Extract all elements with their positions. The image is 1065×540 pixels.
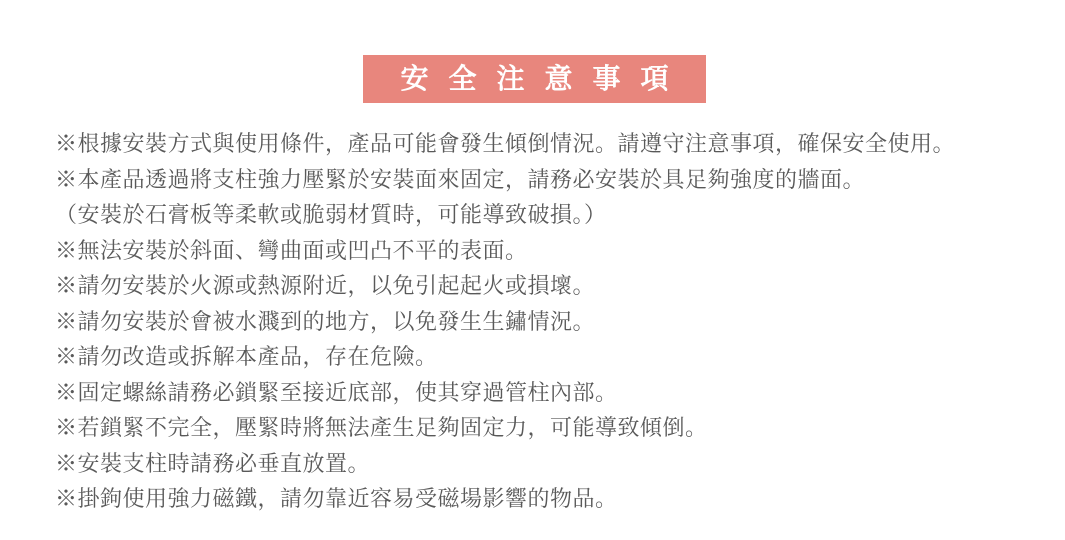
safety-note: ※固定螺絲請務必鎖緊至接近底部，使其穿過管柱內部。 — [55, 375, 1045, 411]
safety-notice-page: 安全注意事項 ※根據安裝方式與使用條件，產品可能會發生傾倒情況。請遵守注意事項，… — [0, 0, 1065, 540]
safety-note: ※請勿安裝於會被水濺到的地方，以免發生生鏽情況。 — [55, 304, 1045, 340]
safety-note: ※根據安裝方式與使用條件，產品可能會發生傾倒情況。請遵守注意事項，確保安全使用。 — [55, 126, 1045, 162]
section-title: 安全注意事項 — [400, 65, 688, 93]
section-title-banner: 安全注意事項 — [363, 55, 706, 103]
safety-note: （安裝於石膏板等柔軟或脆弱材質時，可能導致破損。） — [55, 197, 1045, 233]
safety-notes-list: ※根據安裝方式與使用條件，產品可能會發生傾倒情況。請遵守注意事項，確保安全使用。… — [55, 126, 1045, 517]
safety-note: ※請勿安裝於火源或熱源附近，以免引起起火或損壞。 — [55, 268, 1045, 304]
safety-note: ※掛鉤使用強力磁鐵，請勿靠近容易受磁場影響的物品。 — [55, 481, 1045, 517]
safety-note: ※本產品透過將支柱強力壓緊於安裝面來固定，請務必安裝於具足夠強度的牆面。 — [55, 162, 1045, 198]
safety-note: ※安裝支柱時請務必垂直放置。 — [55, 446, 1045, 482]
safety-note: ※請勿改造或拆解本產品，存在危險。 — [55, 339, 1045, 375]
safety-note: ※無法安裝於斜面、彎曲面或凹凸不平的表面。 — [55, 233, 1045, 269]
safety-note: ※若鎖緊不完全，壓緊時將無法產生足夠固定力，可能導致傾倒。 — [55, 410, 1045, 446]
